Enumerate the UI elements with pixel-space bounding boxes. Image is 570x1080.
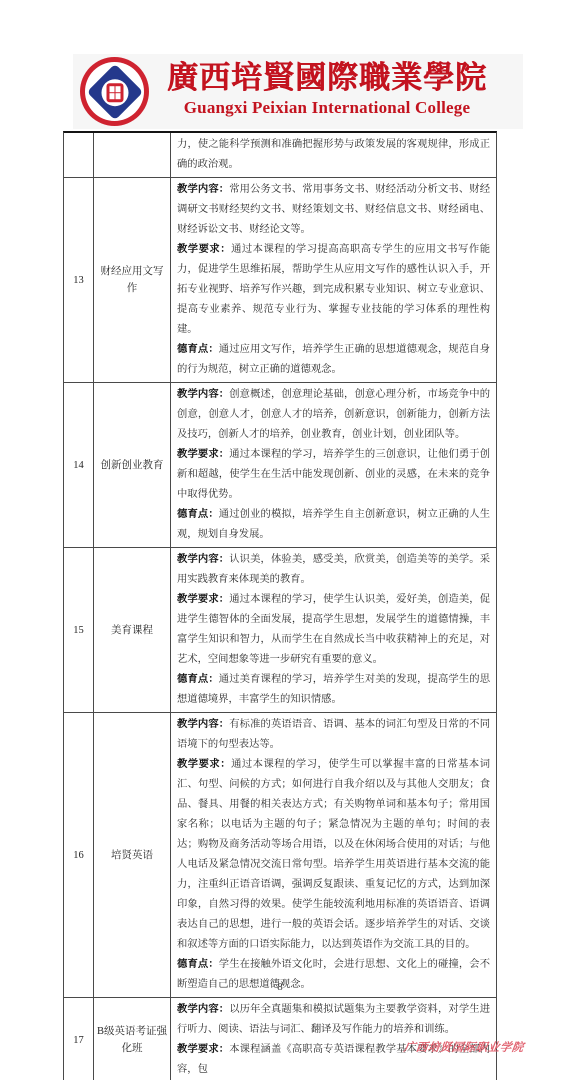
course-segment: 教学要求：通过本课程的学习提高高职高专学生的应用文书写作能力，促进学生思维拓展，… xyxy=(177,240,490,340)
table-row: 力，使之能科学预测和准确把握形势与政策发展的客观规律，形成正确的政治观。 xyxy=(64,133,496,178)
document-page: 廣西培賢國際職業學院 Guangxi Peixian International… xyxy=(0,0,570,1080)
course-name-cell: 创新创业教育 xyxy=(94,383,171,547)
course-number-cell: 16 xyxy=(64,713,94,997)
table-row: 15美育课程教学内容：认识美，体验美，感受美，欣赏美，创造美等的美学。采用实践教… xyxy=(64,548,496,713)
table-row: 16培贤英语教学内容：有标准的英语语音、语调、基本的词汇句型及日常的不同语境下的… xyxy=(64,713,496,998)
course-description-table: 力，使之能科学预测和准确把握形势与政策发展的客观规律，形成正确的政治观。13财经… xyxy=(63,131,497,1080)
course-segment: 教学内容：认识美，体验美，感受美，欣赏美，创造美等的美学。采用实践教育来体现美的… xyxy=(177,550,490,590)
table-row: 14创新创业教育教学内容：创意概述，创意理论基础，创意心理分析，市场竞争中的创意… xyxy=(64,383,496,548)
segment-label: 教学内容： xyxy=(177,554,229,565)
table-row: 13财经应用文写作教学内容：常用公务文书、常用事务文书、财经活动分析文书、财经调… xyxy=(64,178,496,383)
college-title-block: 廣西培賢國際職業學院 Guangxi Peixian International… xyxy=(157,58,497,118)
segment-label: 教学内容： xyxy=(177,719,229,730)
course-segment: 教学要求：通过本课程的学习，使学生可以掌握丰富的日常基本词汇、句型、问候的方式；… xyxy=(177,755,490,955)
seal-inner-ring xyxy=(85,62,144,121)
page-number: 8 xyxy=(63,981,497,993)
course-description-cell: 力，使之能科学预测和准确把握形势与政策发展的客观规律，形成正确的政治观。 xyxy=(171,133,496,177)
college-letterhead: 廣西培賢國際職業學院 Guangxi Peixian International… xyxy=(73,54,523,129)
college-seal-icon xyxy=(80,57,149,126)
segment-label: 教学要求： xyxy=(177,759,231,770)
course-description-cell: 教学内容：有标准的英语语音、语调、基本的词汇句型及日常的不同语境下的句型表达等。… xyxy=(171,713,496,997)
course-name-cell: 美育课程 xyxy=(94,548,171,712)
segment-label: 教学要求： xyxy=(177,1044,229,1055)
course-number-cell: 15 xyxy=(64,548,94,712)
course-segment: 德育点：通过应用文写作，培养学生正确的思想道德观念，规范自身的行为规范，树立正确… xyxy=(177,340,490,380)
course-segment: 教学要求：通过本课程的学习，使学生认识美，爱好美，创造美，促进学生德智体的全面发… xyxy=(177,590,490,670)
segment-label: 教学要求： xyxy=(177,449,229,460)
course-segment: 教学内容：有标准的英语语音、语调、基本的词汇句型及日常的不同语境下的句型表达等。 xyxy=(177,715,490,755)
segment-label: 教学内容： xyxy=(177,389,229,400)
course-segment: 德育点：通过美育课程的学习，培养学生对美的发现，提高学生的思想道德境界，丰富学生… xyxy=(177,670,490,710)
open-book-icon xyxy=(106,82,123,101)
course-segment: 教学要求：通过本课程的学习，培养学生的三创意识，让他们勇于创新和超越，使学生在生… xyxy=(177,445,490,505)
seal-core xyxy=(101,78,128,105)
segment-label: 德育点： xyxy=(177,509,219,520)
course-number-cell: 13 xyxy=(64,178,94,382)
seal-diamond xyxy=(86,63,143,120)
course-name-cell xyxy=(94,133,171,177)
segment-label: 教学要求： xyxy=(177,594,229,605)
course-description-cell: 教学内容：常用公务文书、常用事务文书、财经活动分析文书、财经调研文书财经契约文书… xyxy=(171,178,496,382)
course-name-cell: B级英语考证强化班 xyxy=(94,998,171,1080)
course-description-cell: 教学内容：创意概述，创意理论基础，创意心理分析，市场竞争中的创意，创意人才，创意… xyxy=(171,383,496,547)
segment-label: 德育点： xyxy=(177,959,219,970)
segment-label: 德育点： xyxy=(177,674,219,685)
footer-watermark: 广西培贤国际职业学院 xyxy=(403,1039,525,1055)
course-name-cell: 培贤英语 xyxy=(94,713,171,997)
course-segment: 教学内容：常用公务文书、常用事务文书、财经活动分析文书、财经调研文书财经契约文书… xyxy=(177,180,490,240)
course-segment: 德育点：通过创业的模拟，培养学生自主创新意识，树立正确的人生观，规划自身发展。 xyxy=(177,505,490,545)
segment-label: 教学内容： xyxy=(177,184,229,195)
course-segment: 教学内容：创意概述，创意理论基础，创意心理分析，市场竞争中的创意，创意人才，创意… xyxy=(177,385,490,445)
course-number-cell xyxy=(64,133,94,177)
segment-label: 教学要求： xyxy=(177,244,231,255)
college-name-english: Guangxi Peixian International College xyxy=(157,98,497,118)
segment-label: 教学内容： xyxy=(177,1004,229,1015)
segment-label: 德育点： xyxy=(177,344,219,355)
course-number-cell: 17 xyxy=(64,998,94,1080)
course-segment: 力，使之能科学预测和准确把握形势与政策发展的客观规律，形成正确的政治观。 xyxy=(177,135,490,175)
course-segment: 教学内容：以历年全真题集和模拟试题集为主要教学资料，对学生进行听力、阅读、语法与… xyxy=(177,1000,490,1040)
course-name-cell: 财经应用文写作 xyxy=(94,178,171,382)
college-name-chinese: 廣西培賢國際職業學院 xyxy=(157,58,497,98)
course-description-cell: 教学内容：认识美，体验美，感受美，欣赏美，创造美等的美学。采用实践教育来体现美的… xyxy=(171,548,496,712)
course-number-cell: 14 xyxy=(64,383,94,547)
